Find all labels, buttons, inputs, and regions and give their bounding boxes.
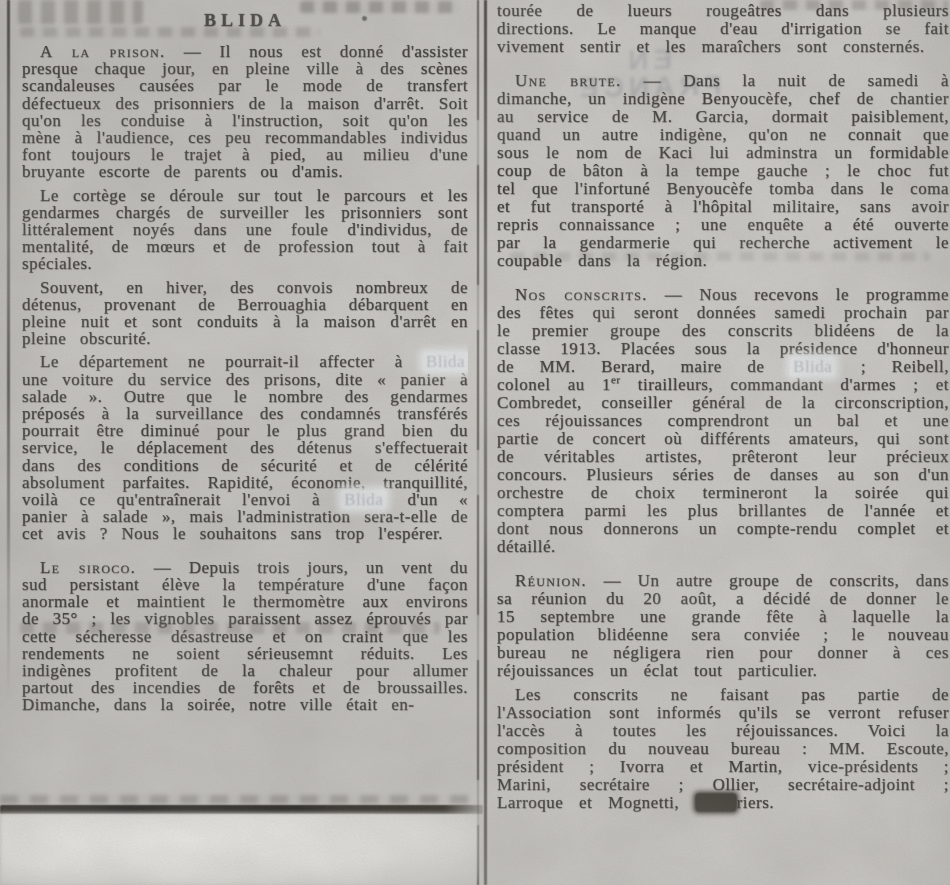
lead-in: Le siroco. [40, 558, 136, 577]
paragraph: Réunion. — Un autre groupe de conscrits,… [497, 572, 949, 680]
lead-in: Nos conscrits. [515, 285, 648, 304]
blank-paper-area [0, 813, 478, 885]
ink-smear [0, 795, 470, 804]
lead-in: A la prison. [40, 42, 166, 61]
right-column: tourée de lueurs rougeâtres dans plusieu… [497, 2, 949, 884]
paragraph: Souvent, en hiver, des convois nombreux … [22, 279, 468, 348]
newspaper-scan: EN FRANCE BLIDA A la prison. — Il nous e… [0, 0, 950, 885]
highlighted-term: Blida [790, 357, 835, 376]
paragraph: Le cortège se déroule sur tout le parcou… [22, 187, 468, 273]
right-column-text: tourée de lueurs rougeâtres dans plusieu… [497, 2, 949, 812]
paragraph: Le département ne pourrait-il affecter à… [22, 353, 468, 542]
ordinal-superscript: er [611, 374, 621, 386]
column-divider-rule [477, 0, 479, 885]
lead-in: Réunion. [515, 571, 587, 590]
paragraph: Nos conscrits. — Nous recevons le progra… [497, 286, 949, 556]
left-column: BLIDA A la prison. — Il nous est donné d… [22, 6, 468, 800]
page-edge-rule [7, 0, 10, 700]
paragraph: Les conscrits ne faisant pas partie de l… [497, 686, 949, 812]
article-title-row: BLIDA [22, 10, 468, 31]
ink-smudge: tréso- [695, 793, 737, 812]
paragraph: Une brute. — Dans la nuit de samedi à di… [497, 72, 949, 270]
lead-in: Une brute. [515, 71, 622, 90]
paragraph: Le siroco. — Depuis trois jours, un vent… [22, 559, 468, 714]
paragraph: A la prison. — Il nous est donné d'assis… [22, 43, 468, 181]
paragraph: tourée de lueurs rougeâtres dans plusieu… [497, 2, 949, 56]
article-title: BLIDA [204, 10, 286, 31]
left-column-text: A la prison. — Il nous est donné d'assis… [22, 43, 468, 714]
printers-dot [362, 16, 367, 21]
highlighted-term: Blida [423, 352, 468, 371]
highlighted-term: Blida [341, 490, 386, 509]
column-divider-rule [484, 0, 487, 885]
